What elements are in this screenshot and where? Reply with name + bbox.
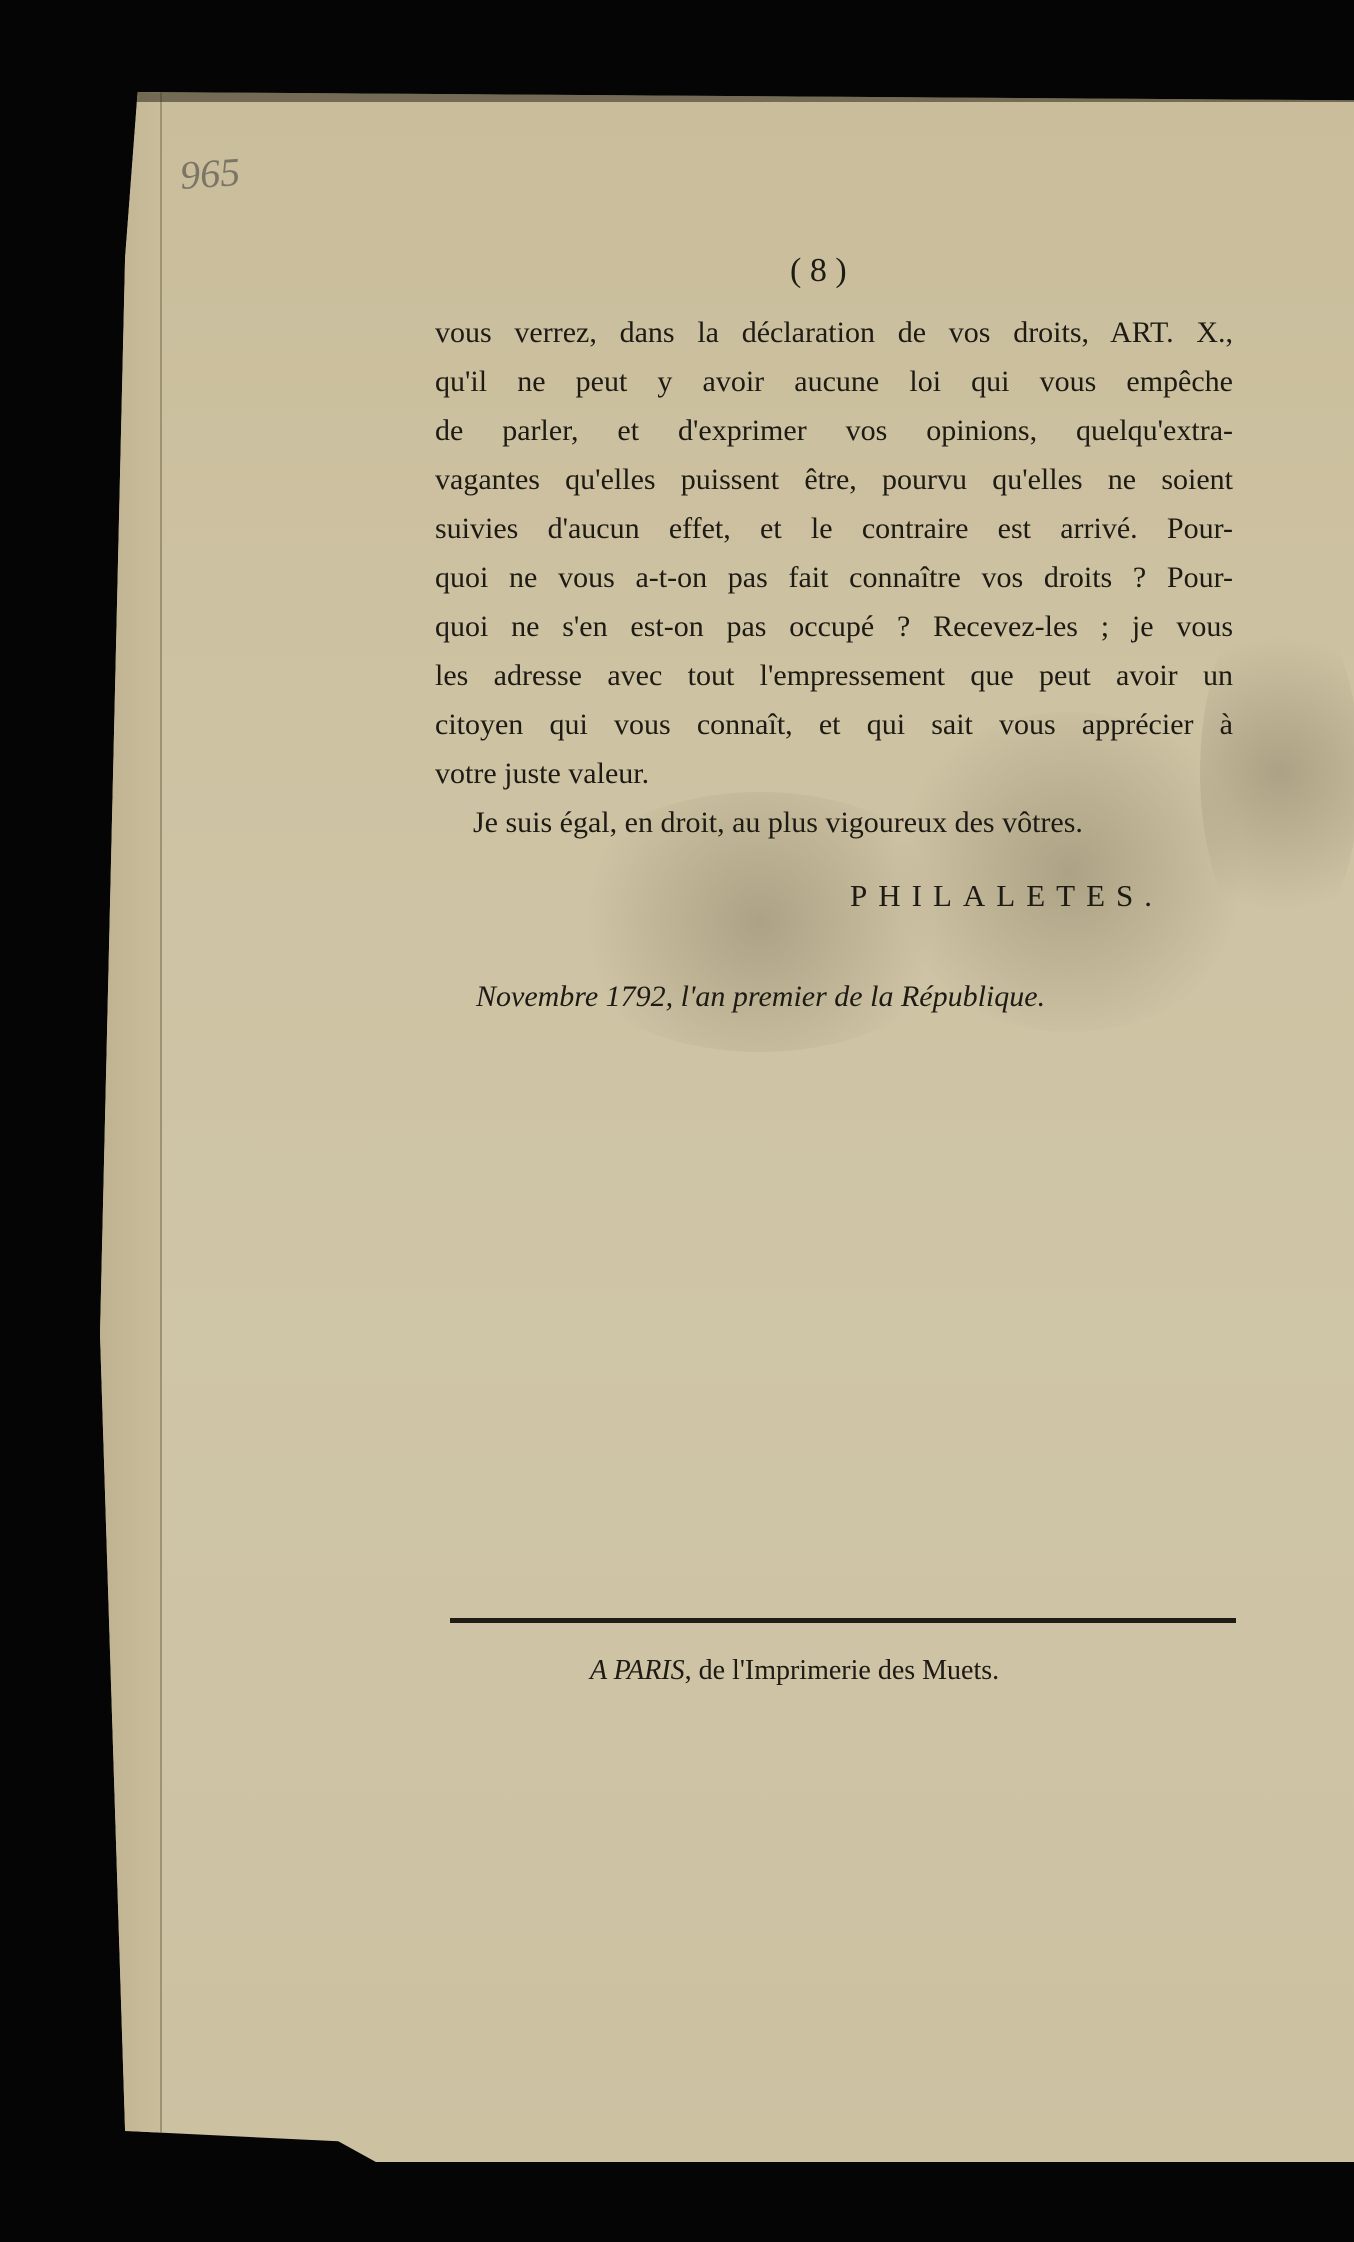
imprint-place: A PARIS	[590, 1655, 685, 1686]
text-line: votre juste valeur.	[435, 749, 1233, 798]
text-line: qu'il ne peut y avoir aucune loi qui vou…	[435, 357, 1233, 406]
imprint-printer: , de l'Imprimerie des Muets.	[685, 1655, 1000, 1686]
text-line: vagantes qu'elles puissent être, pourvu …	[435, 455, 1233, 504]
shelfmark-annotation: 965	[178, 148, 241, 199]
closing-line: Je suis égal, en droit, au plus vigoureu…	[435, 798, 1233, 847]
text-line: vous verrez, dans la déclaration de vos …	[435, 308, 1233, 357]
text-line: quoi ne s'en est-on pas occupé ? Recevez…	[435, 602, 1233, 651]
text-line: quoi ne vous a-t-on pas fait connaître v…	[435, 553, 1233, 602]
text-line: de parler, et d'exprimer vos opinions, q…	[435, 406, 1233, 455]
date-line: Novembre 1792, l'an premier de la Républ…	[476, 980, 1045, 1014]
signature: PHILALETES.	[850, 878, 1163, 914]
page-number: ( 8 )	[790, 252, 847, 290]
text-line: suivies d'aucun effet, et le contraire e…	[435, 504, 1233, 553]
body-text: vous verrez, dans la déclaration de vos …	[435, 308, 1233, 847]
imprint: A PARIS, de l'Imprimerie des Muets.	[590, 1655, 999, 1687]
text-line: citoyen qui vous connaît, et qui sait vo…	[435, 700, 1233, 749]
horizontal-rule	[450, 1618, 1236, 1623]
text-line: les adresse avec tout l'empressement que…	[435, 651, 1233, 700]
